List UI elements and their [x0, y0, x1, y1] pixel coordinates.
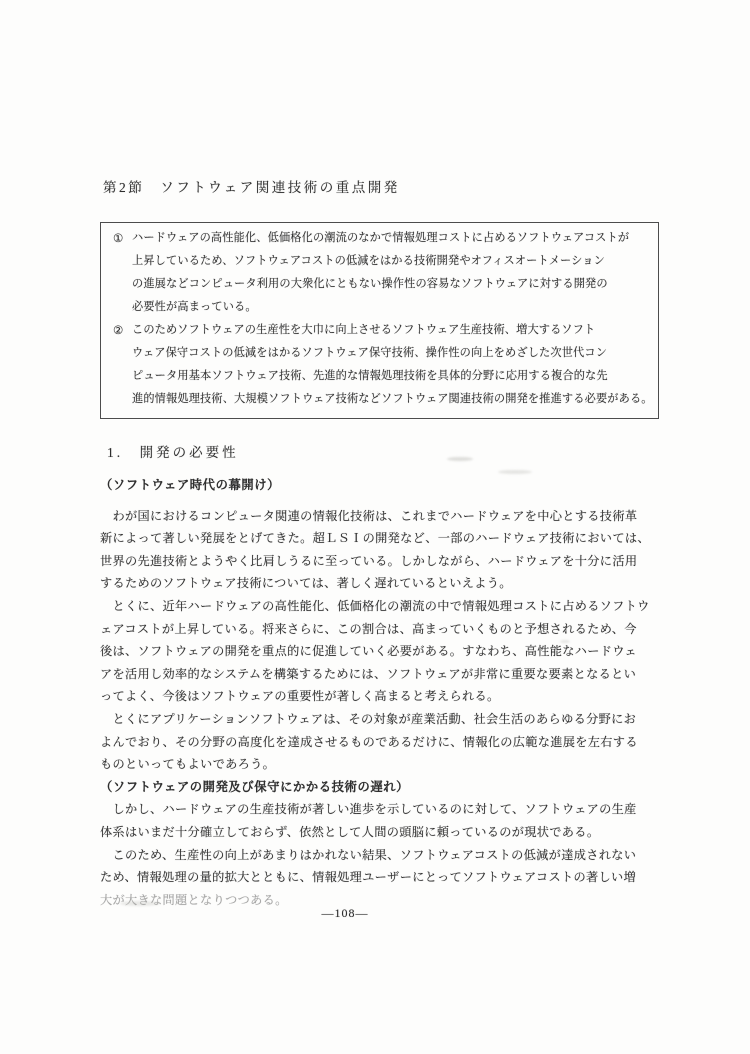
- scan-speck: [120, 901, 160, 906]
- text-line: このためソフトウェアの生産性を大巾に向上させるソフトウェア生産技術、増大するソフ…: [132, 319, 652, 342]
- text-line: 必要性が高まっている。: [132, 296, 652, 319]
- text-line: とくに、近年ハードウェアの高性能化、低価格化の潮流の中で情報処理コストに占めるソ…: [100, 595, 675, 618]
- page-title: 第2節 ソフトウェア関連技術の重点開発: [103, 176, 400, 196]
- text-line: しかし、ハードウェアの生産技術が著しい進歩を示しているのに対して、ソフトウェアの…: [100, 798, 675, 821]
- text-line: ってよく、今後はソフトウェアの重要性が著しく高まると考えられる。: [100, 685, 675, 708]
- paragraph: しかし、ハードウェアの生産技術が著しい進歩を示しているのに対して、ソフトウェアの…: [100, 798, 675, 843]
- text-line: 上昇しているため、ソフトウェアコストの低減をはかる技術開発やオフィスオートメーシ…: [132, 250, 652, 273]
- text-line: ため、情報処理の量的拡大とともに、情報処理ユーザーにとってソフトウェアコストの著…: [100, 866, 675, 889]
- page-number: —108—: [0, 906, 690, 921]
- text-line: とくにアプリケーションソフトウェアは、その対象が産業活動、社会生活のあらゆる分野…: [100, 708, 675, 731]
- text-line: わが国におけるコンピュータ関連の情報化技術は、これまでハードウェアを中心とする技…: [100, 505, 675, 528]
- scan-speck: [498, 470, 532, 474]
- item-2-marker: ②: [113, 319, 123, 342]
- text-line: 新によって著しい発展をとげてきた。超ＬＳＩの開発など、一部のハードウェア技術にお…: [100, 527, 675, 550]
- section-heading: 1. 開発の必要性: [107, 441, 239, 461]
- text-line: ハードウェアの高性能化、低価格化の潮流のなかで情報処理コストに占めるソフトウェア…: [132, 227, 652, 250]
- paragraph: このため、生産性の向上があまりはかれない結果、ソフトウェアコストの低減が達成され…: [100, 844, 675, 912]
- summary-item-2: ② このためソフトウェアの生産性を大巾に向上させるソフトウェア生産技術、増大する…: [113, 319, 652, 411]
- text-line: の進展などコンピュータ利用の大衆化にともない操作性の容易なソフトウェアに対する開…: [132, 273, 652, 296]
- text-line: アを活用し効率的なシステムを構築するためには、ソフトウェアが非常に重要な要素とな…: [100, 663, 675, 686]
- text-line: ピュータ用基本ソフトウェア技術、先進的な情報処理技術を具体的分野に応用する複合的…: [132, 365, 652, 388]
- text-line: このため、生産性の向上があまりはかれない結果、ソフトウェアコストの低減が達成され…: [100, 844, 675, 867]
- text-line: 進的情報処理技術、大規模ソフトウェア技術などソフトウェア関連技術の開発を推進する…: [132, 388, 652, 411]
- subsection-2-heading: （ソフトウェアの開発及び保守にかかる技術の遅れ）: [100, 776, 675, 799]
- text-line: 後は、ソフトウェアの開発を重点的に促進していく必要がある。すなわち、高性能なハー…: [100, 640, 675, 663]
- summary-item-1: ① ハードウェアの高性能化、低価格化の潮流のなかで情報処理コストに占めるソフトウ…: [113, 227, 652, 319]
- text-line: するためのソフトウェア技術については、著しく遅れているといえよう。: [100, 572, 675, 595]
- paragraph: とくに、近年ハードウェアの高性能化、低価格化の潮流の中で情報処理コストに占めるソ…: [100, 595, 675, 708]
- text-line: ものといってもよいであろう。: [100, 753, 675, 776]
- summary-item-2-text: このためソフトウェアの生産性を大巾に向上させるソフトウェア生産技術、増大するソフ…: [132, 319, 652, 411]
- item-1-marker: ①: [113, 227, 123, 250]
- summary-item-1-text: ハードウェアの高性能化、低価格化の潮流のなかで情報処理コストに占めるソフトウェア…: [132, 227, 652, 319]
- scan-speck: [560, 640, 570, 643]
- subsection-1-heading: （ソフトウェア時代の幕開け）: [100, 474, 675, 497]
- text-line: ウェア保守コストの低減をはかるソフトウェア保守技術、操作性の向上をめざした次世代…: [132, 342, 652, 365]
- text-line: よんでおり、その分野の高度化を達成させるものであるだけに、情報化の広範な進展を左…: [100, 731, 675, 754]
- paragraph: とくにアプリケーションソフトウェアは、その対象が産業活動、社会生活のあらゆる分野…: [100, 708, 675, 776]
- scan-speck: [447, 457, 473, 461]
- text-line: 体系はいまだ十分確立しておらず、依然として人間の頭脳に頼っているのが現状である。: [100, 821, 675, 844]
- section-body: （ソフトウェア時代の幕開け） わが国におけるコンピュータ関連の情報化技術は、これ…: [100, 474, 675, 911]
- text-line: ェアコストが上昇している。将来さらに、この割合は、高まっていくものと予想されるた…: [100, 618, 675, 641]
- paragraph: わが国におけるコンピュータ関連の情報化技術は、これまでハードウェアを中心とする技…: [100, 505, 675, 595]
- document-page: 第2節 ソフトウェア関連技術の重点開発 ① ハードウェアの高性能化、低価格化の潮…: [0, 0, 750, 1054]
- summary-box: ① ハードウェアの高性能化、低価格化の潮流のなかで情報処理コストに占めるソフトウ…: [100, 222, 659, 419]
- text-line: 世界の先進技術とようやく比肩しうるに至っている。しかしながら、ハードウェアを十分…: [100, 550, 675, 573]
